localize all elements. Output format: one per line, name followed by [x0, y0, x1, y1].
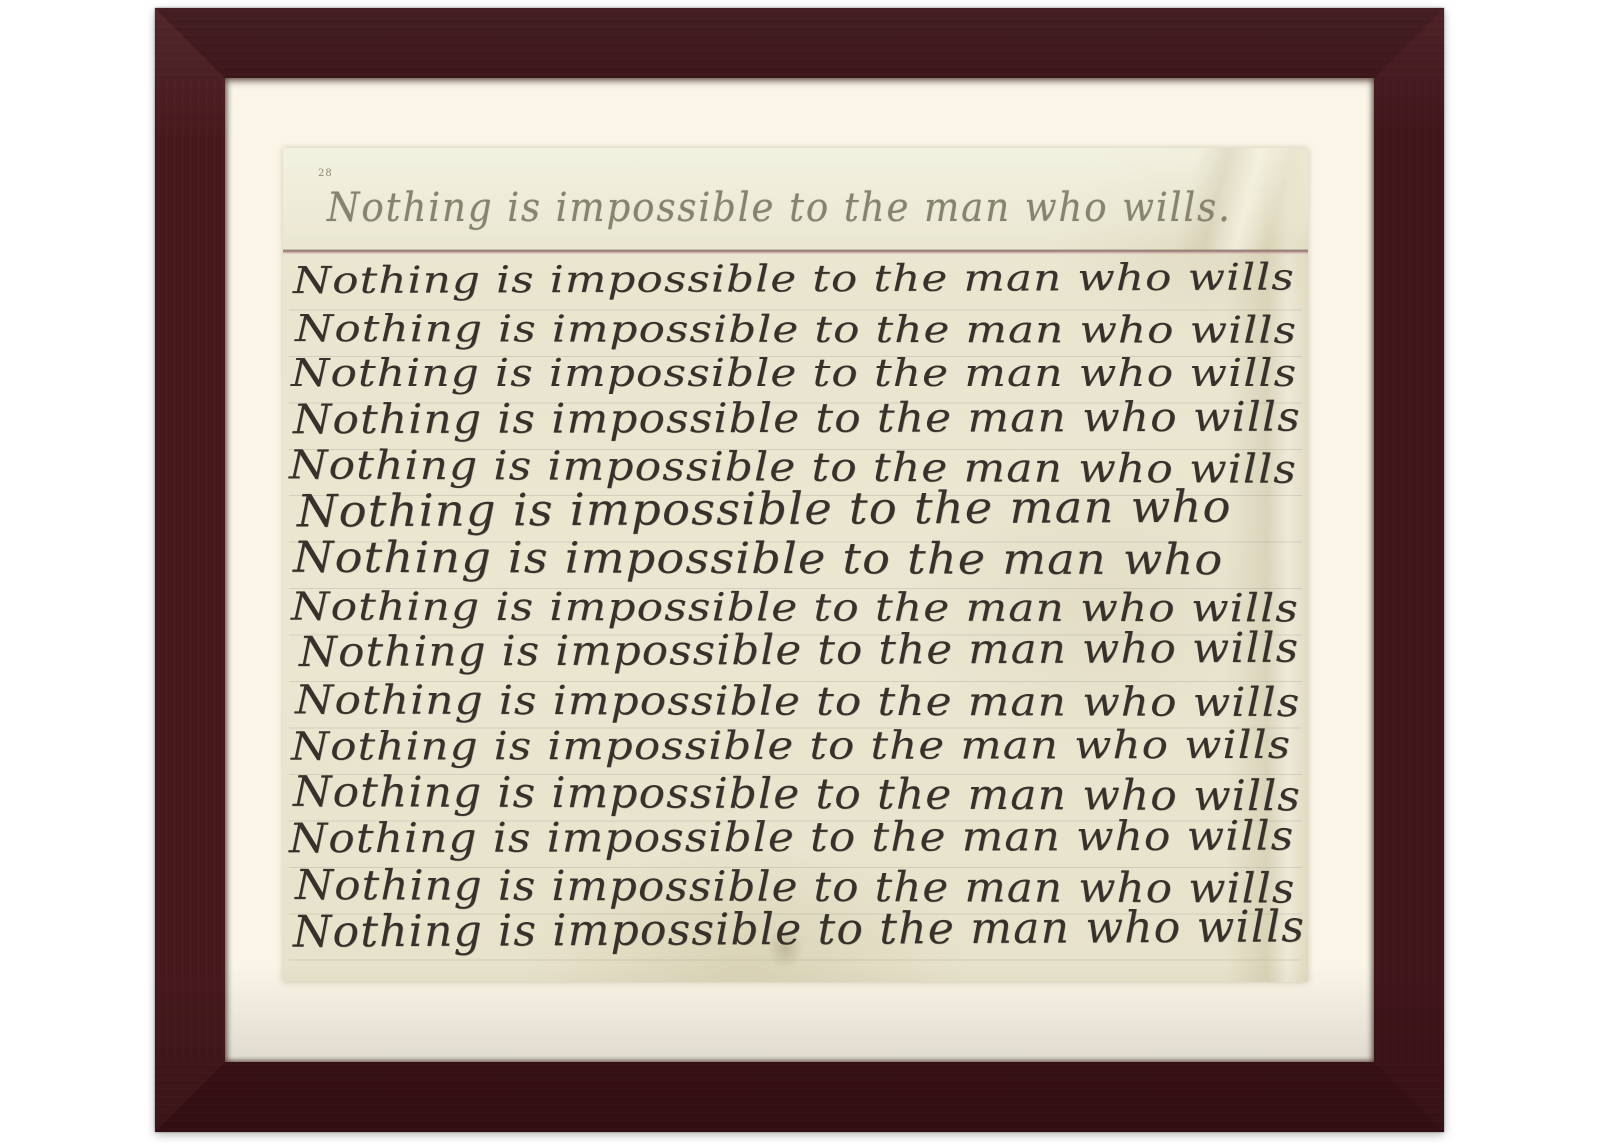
handwriting-line-text: Nothing is impossible to the man who wil… — [295, 310, 1297, 351]
handwriting-line-text: Nothing is impossible to the man who — [293, 536, 1223, 583]
handwriting-practice-sheet: 28 Nothing is impossible to the man who … — [283, 148, 1308, 982]
framed-artwork-photo: 28 Nothing is impossible to the man who … — [0, 0, 1600, 1143]
handwriting-line-text: Nothing is impossible to the man who wil… — [293, 258, 1295, 300]
handwriting-line-text: Nothing is impossible to the man who wil… — [293, 396, 1301, 441]
handwriting-line: Nothing is impossible to the man who wil… — [289, 636, 1302, 682]
handwriting-line: Nothing is impossible to the man who wil… — [289, 914, 1302, 960]
frame-grain-bottom — [155, 1062, 1444, 1132]
picture-frame: 28 Nothing is impossible to the man who … — [155, 8, 1444, 1132]
handwritten-practice-lines: Nothing is impossible to the man who wil… — [289, 264, 1302, 964]
handwriting-line-text: Nothing is impossible to the man who wil… — [293, 904, 1305, 955]
mat-board: 28 Nothing is impossible to the man who … — [225, 78, 1374, 1062]
handwriting-line-text: Nothing is impossible to the man who wil… — [299, 627, 1299, 675]
handwriting-line-text: Nothing is impossible to the man who wil… — [289, 815, 1295, 860]
handwriting-line-text: Nothing is impossible to the man who wil… — [291, 587, 1299, 630]
handwriting-line: Nothing is impossible to the man who — [289, 543, 1302, 589]
handwriting-line-text: Nothing is impossible to the man who — [297, 484, 1232, 536]
ruled-divider-line — [283, 249, 1308, 254]
printed-copy-line: Nothing is impossible to the man who wil… — [327, 172, 1232, 244]
frame-grain-right — [1374, 78, 1444, 1062]
handwriting-line: Nothing is impossible to the man who wil… — [289, 682, 1302, 728]
handwriting-line-text: Nothing is impossible to the man who wil… — [291, 354, 1297, 394]
frame-grain-left — [155, 78, 225, 1062]
frame-grain-top — [155, 8, 1444, 78]
handwriting-line-text: Nothing is impossible to the man who wil… — [291, 725, 1291, 768]
handwriting-line-text: Nothing is impossible to the man who wil… — [295, 679, 1301, 724]
handwriting-line: Nothing is impossible to the man who wil… — [289, 264, 1302, 310]
